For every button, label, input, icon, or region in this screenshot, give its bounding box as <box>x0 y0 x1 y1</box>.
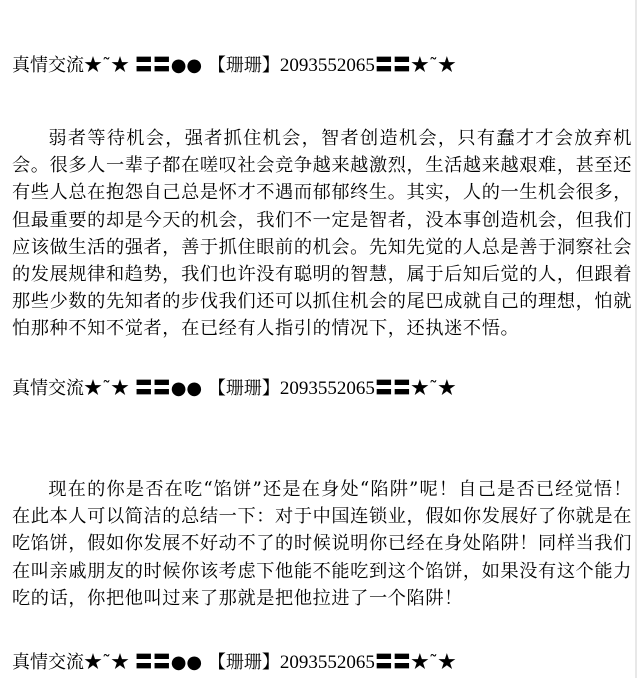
signature-line-3: 真情交流★˜★ 〓〓●● 【珊珊】2093552065〓〓★˜★ <box>12 652 456 674</box>
signature-suffix: 〓〓★˜★ <box>375 55 456 76</box>
signature-prefix: 真情交流★˜★ 〓〓●● 【珊珊】 <box>12 378 280 399</box>
signature-line-2: 真情交流★˜★ 〓〓●● 【珊珊】2093552065〓〓★˜★ <box>12 378 456 400</box>
paragraph-pie-or-trap: 现在的你是否在吃“馅饼”还是在身处“陷阱”呢！自己是否已经觉悟！在此本人可以简洁… <box>12 476 632 612</box>
signature-prefix: 真情交流★˜★ 〓〓●● 【珊珊】 <box>12 55 280 76</box>
signature-number: 2093552065 <box>280 55 375 76</box>
signature-line-1: 真情交流★˜★ 〓〓●● 【珊珊】2093552065〓〓★˜★ <box>12 55 456 77</box>
signature-suffix: 〓〓★˜★ <box>375 378 456 399</box>
signature-number: 2093552065 <box>280 652 375 673</box>
signature-number: 2093552065 <box>280 378 375 399</box>
paragraph-opportunity: 弱者等待机会，强者抓住机会，智者创造机会，只有蠢才才会放弃机会。很多人一辈子都在… <box>12 125 632 343</box>
signature-suffix: 〓〓★˜★ <box>375 652 456 673</box>
signature-prefix: 真情交流★˜★ 〓〓●● 【珊珊】 <box>12 652 280 673</box>
